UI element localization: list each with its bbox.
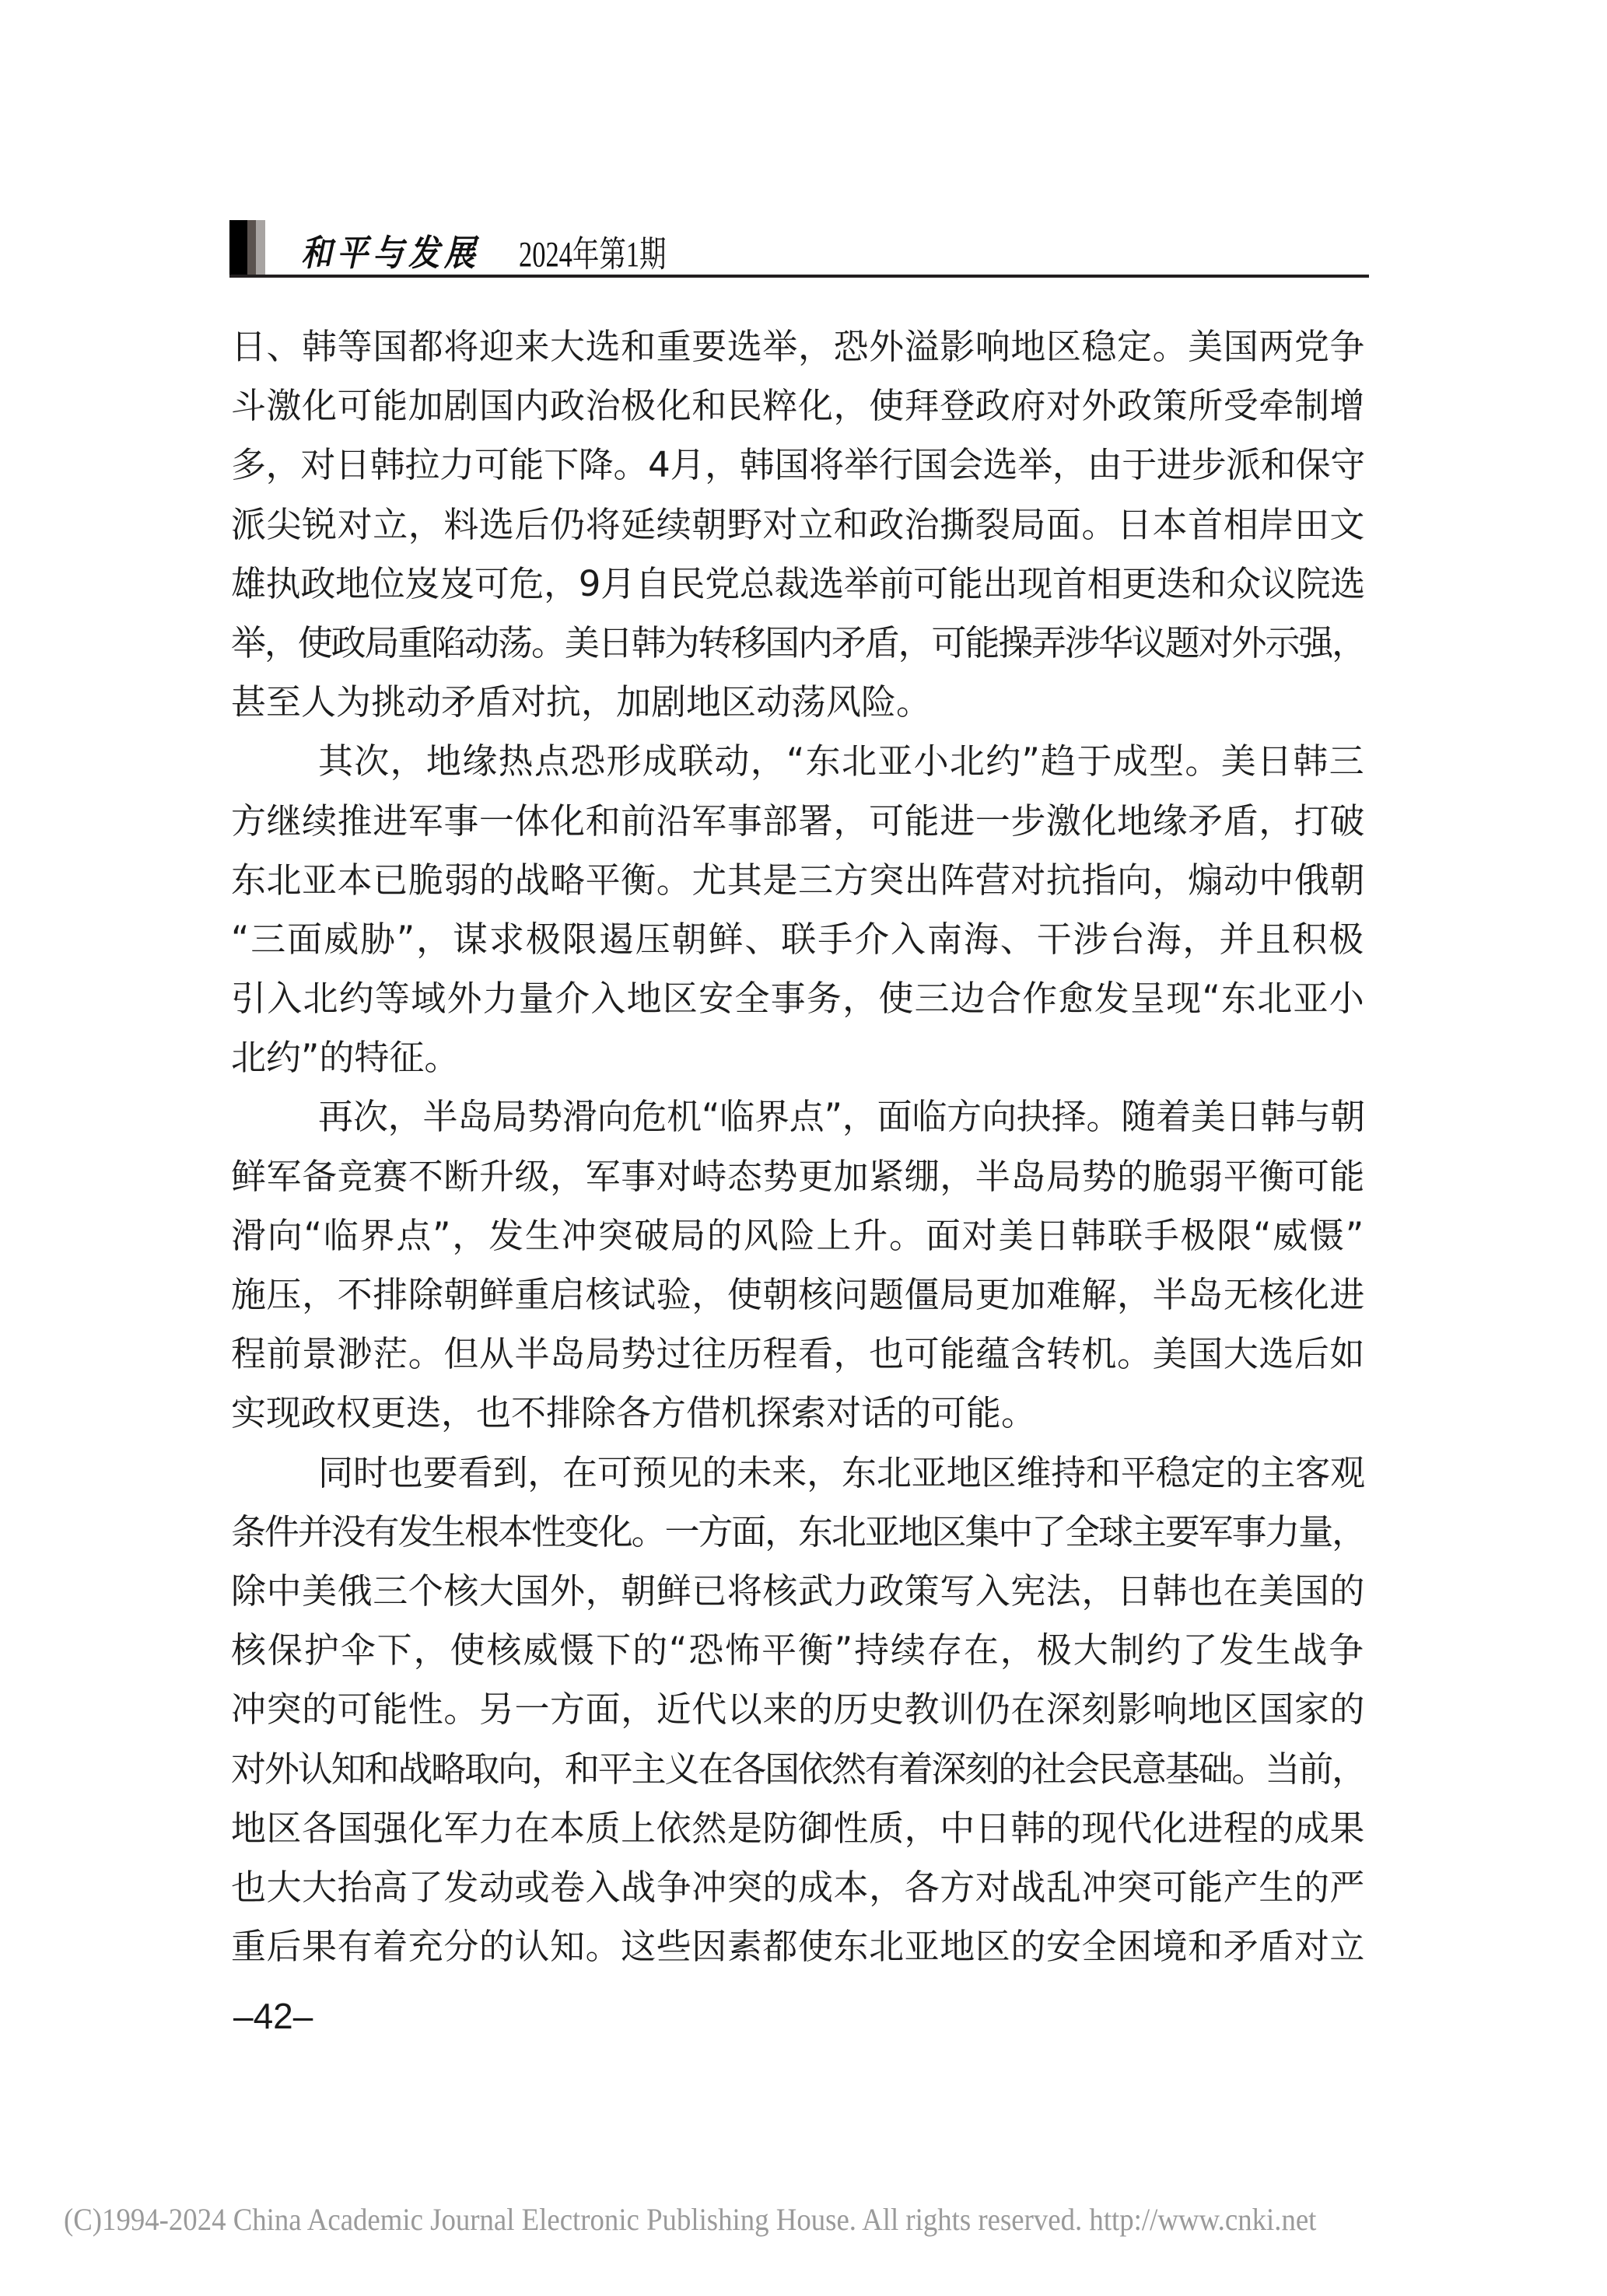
text-line: 方继续推进军事一体化和前沿军事部署，可能进一步激化地缘矛盾，打破	[231, 792, 1365, 851]
journal-title: 和平与发展	[301, 225, 480, 276]
text-line: 其次，地缘热点恐形成联动，“东北亚小北约”趋于成型。美日韩三	[231, 732, 1365, 791]
text-line: 同时也要看到，在可预见的未来，东北亚地区维持和平稳定的主客观	[231, 1444, 1365, 1503]
header-bar-black	[229, 220, 247, 275]
page-number: –42–	[233, 1995, 313, 2037]
paragraph-2: 其次，地缘热点恐形成联动，“东北亚小北约”趋于成型。美日韩三 方继续推进军事一体…	[231, 732, 1365, 1087]
text-line: 北约”的特征。	[231, 1028, 1365, 1087]
text-line: 再次，半岛局势滑向危机“临界点”，面临方向抉择。随着美日韩与朝	[231, 1087, 1365, 1146]
copyright-notice: (C)1994-2024 China Academic Journal Elec…	[64, 2201, 1316, 2238]
text-line: “三面威胁”，谋求极限遏压朝鲜、联手介入南海、干涉台海，并且积极	[231, 910, 1365, 969]
text-line: 举，使政局重陷动荡。美日韩为转移国内矛盾，可能操弄涉华议题对外示强，	[231, 614, 1365, 673]
text-line: 日、韩等国都将迎来大选和重要选举，恐外溢影响地区稳定。美国两党争	[231, 317, 1365, 376]
header-bar-dark	[247, 220, 256, 275]
header-bar-light	[256, 220, 265, 275]
text-line: 东北亚本已脆弱的战略平衡。尤其是三方突出阵营对抗指向，煽动中俄朝	[231, 851, 1365, 910]
text-line: 除中美俄三个核大国外，朝鲜已将核武力政策写入宪法，日韩也在美国的	[231, 1562, 1365, 1621]
header-rule	[229, 275, 1369, 278]
text-line: 条件并没有发生根本性变化。一方面，东北亚地区集中了全球主要军事力量，	[231, 1503, 1365, 1562]
text-line: 地区各国强化军力在本质上依然是防御性质，中日韩的现代化进程的成果	[231, 1799, 1365, 1858]
text-line: 滑向“临界点”，发生冲突破局的风险上升。面对美日韩联手极限“威慑”	[231, 1206, 1365, 1265]
paragraph-4: 同时也要看到，在可预见的未来，东北亚地区维持和平稳定的主客观 条件并没有发生根本…	[231, 1444, 1365, 1977]
text-line: 斗激化可能加剧国内政治极化和民粹化，使拜登政府对外政策所受牵制增	[231, 376, 1365, 436]
text-line: 鲜军备竞赛不断升级，军事对峙态势更加紧绷，半岛局势的脆弱平衡可能	[231, 1147, 1365, 1206]
text-line: 冲突的可能性。另一方面，近代以来的历史教训仍在深刻影响地区国家的	[231, 1680, 1365, 1739]
text-line: 引入北约等域外力量介入地区安全事务，使三边合作愈发呈现“东北亚小	[231, 969, 1365, 1028]
text-line: 雄执政地位岌岌可危，9月自民党总裁选举前可能出现首相更迭和众议院选	[231, 555, 1365, 614]
text-line: 甚至人为挑动矛盾对抗，加剧地区动荡风险。	[231, 673, 1365, 732]
text-line: 对外认知和战略取向，和平主义在各国依然有着深刻的社会民意基础。当前，	[231, 1740, 1365, 1799]
paragraph-1: 日、韩等国都将迎来大选和重要选举，恐外溢影响地区稳定。美国两党争 斗激化可能加剧…	[231, 317, 1365, 732]
text-line: 施压，不排除朝鲜重启核试验，使朝核问题僵局更加难解，半岛无核化进	[231, 1265, 1365, 1325]
text-line: 多，对日韩拉力可能下降。4月，韩国将举行国会选举，由于进步派和保守	[231, 436, 1365, 495]
text-line: 实现政权更迭，也不排除各方借机探索对话的可能。	[231, 1384, 1365, 1443]
text-line: 重后果有着充分的认知。这些因素都使东北亚地区的安全困境和矛盾对立	[231, 1917, 1365, 1976]
article-body: 日、韩等国都将迎来大选和重要选举，恐外溢影响地区稳定。美国两党争 斗激化可能加剧…	[231, 317, 1365, 1976]
paragraph-3: 再次，半岛局势滑向危机“临界点”，面临方向抉择。随着美日韩与朝 鲜军备竞赛不断升…	[231, 1087, 1365, 1443]
running-header: 和平与发展 2024年第1期	[229, 220, 1369, 278]
text-line: 核保护伞下，使核威慑下的“恐怖平衡”持续存在，极大制约了发生战争	[231, 1621, 1365, 1680]
text-line: 程前景渺茫。但从半岛局势过往历程看，也可能蕴含转机。美国大选后如	[231, 1325, 1365, 1384]
text-line: 也大大抬高了发动或卷入战争冲突的成本，各方对战乱冲突可能产生的严	[231, 1858, 1365, 1917]
text-line: 派尖锐对立，料选后仍将延续朝野对立和政治撕裂局面。日本首相岸田文	[231, 495, 1365, 555]
journal-issue: 2024年第1期	[519, 226, 666, 278]
